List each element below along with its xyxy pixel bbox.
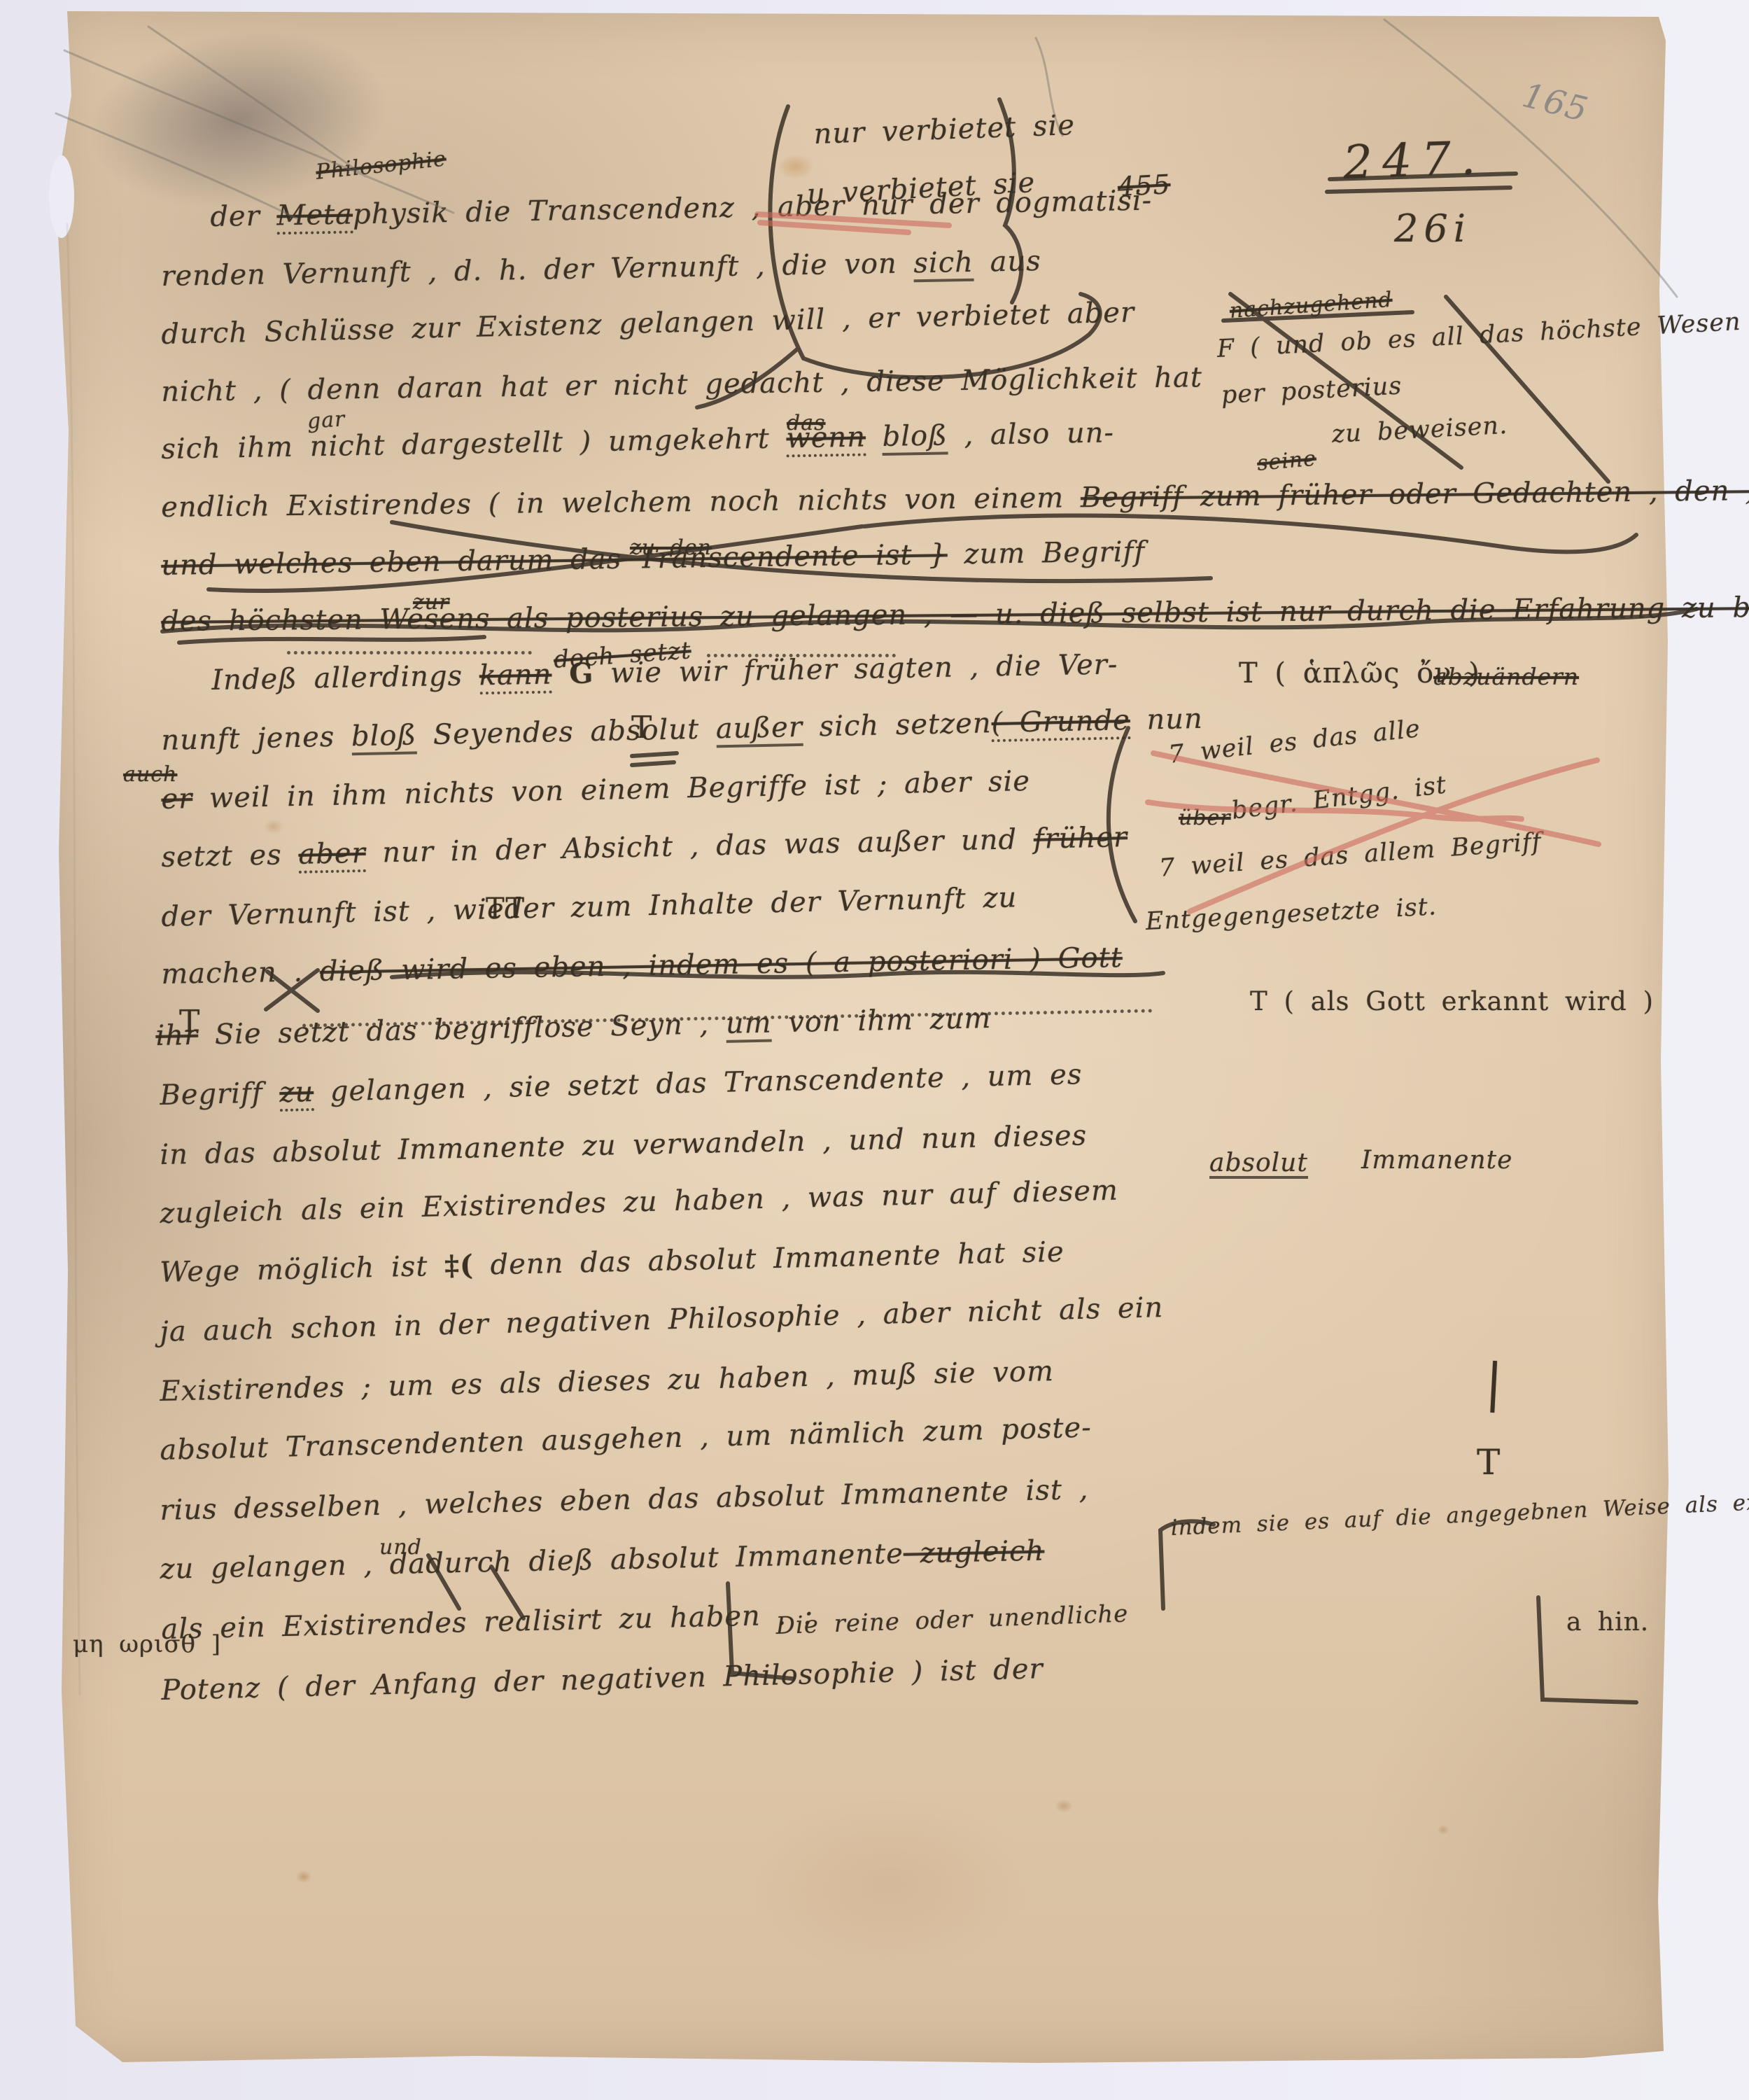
text-segment: zum Begriff [947,535,1145,570]
text-segment: früher [1033,821,1128,855]
text-segment: machen . [161,955,320,990]
margin-mark-stroke: | [1484,1357,1505,1409]
text-segment: bloß [882,419,948,456]
restore-dots-row [287,651,532,654]
text-segment: kann [479,659,552,695]
text-segment: Wege möglich ist [160,1250,445,1289]
text-segment: aber [298,837,366,874]
text-segment: er [161,783,193,815]
foxing-stain [1051,1796,1076,1816]
text-segment: nunft jenes [161,720,352,757]
text-segment: von ihm zum [771,1002,992,1039]
text-segment: sich [913,246,974,282]
manuscript-scan-page: nur verbietet sie u verbietet sie 455 24… [0,0,1749,2100]
page-number: 26i [1394,210,1471,248]
correction-mark-tt-line12: TT [486,895,525,923]
foxing-stain [259,815,288,838]
text-segment: ‡( [444,1249,475,1282]
margin-insert-absolut: absolut [1209,1151,1308,1179]
text-segment: Begriff [160,1077,280,1112]
text-segment: , also un- [947,416,1114,451]
margin-noteD: T ( als Gott erkannt wird ) [1250,988,1654,1014]
correction-mark-t-line22: T [1477,1445,1501,1480]
text-segment: Gott [1041,941,1123,975]
text-segment: Seyendes absolut [416,713,717,751]
text-segment: ( Grunde [991,704,1130,742]
edge-tear [49,155,74,238]
text-segment: Meta [276,198,353,234]
text-segment: aus [973,245,1041,279]
foxing-stain [1435,1823,1452,1837]
interlinear-struck-ueber: über [1179,808,1231,829]
text-segment: bloß [351,719,417,755]
interlinear-insert-gar: gar [307,409,346,433]
text-segment: u. dieß selbst ist nur durch die Erfahru… [995,591,1749,631]
foxing-stain [293,1868,315,1886]
text-segment: nun [1130,703,1203,736]
text-segment [866,421,883,453]
margin-insert-a-hin: a hin. [1566,1610,1649,1635]
restore-dots-row [707,654,896,657]
scanned-document-background: { "document": { "kind": "handwritten man… [0,0,1749,2100]
correction-mark-t-line15: T [179,1007,200,1037]
text-segment: um [725,1007,772,1043]
margin-insert-immanente: Immanente [1361,1148,1512,1173]
text-segment: zu [279,1076,314,1112]
text-segment: der [210,199,277,233]
margin-struck-auch: auch [123,764,177,785]
margin-greek-note: μη ωρισθ ] [73,1632,221,1656]
interlinear-struck-das: das [787,413,826,434]
correction-mark-t-line10: T [631,713,652,743]
text-segment: ( a posteriori ) [805,943,1041,979]
interlinear-struck-zur: zur [413,592,449,613]
text-segment: Indeß allerdings [211,659,479,696]
text-segment: außer [715,711,803,748]
interlinear-struck-zu-den: zu den [630,538,712,559]
text-segment: setzt es [161,839,299,874]
text-segment: sich setzen [802,707,992,743]
interlinear-insert-und: und [379,1537,422,1558]
margin-noteB-struck-word: abzuändern [1433,665,1579,688]
water-stain [700,1764,1078,2002]
old-page-number-struck: 247. [1342,135,1486,186]
interlinear-struck-seine: seine [1256,449,1317,475]
text-segment: zugleich [903,1535,1044,1570]
